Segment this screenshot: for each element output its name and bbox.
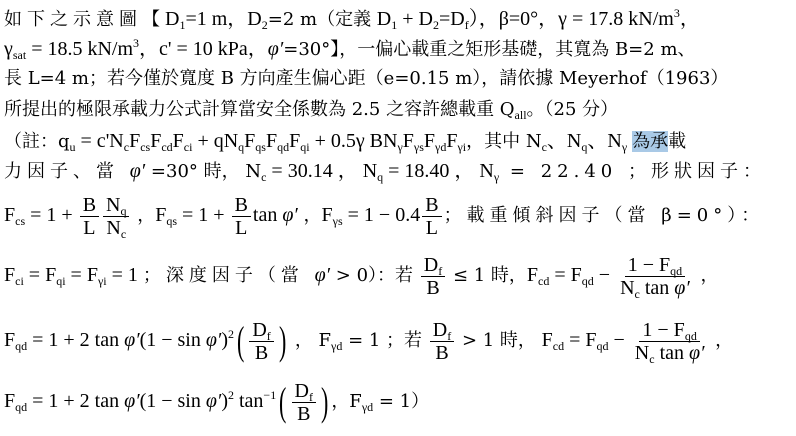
gamma-sat-value: = 18.5 kN/m — [26, 38, 133, 60]
phi-symbol: φ′ — [124, 329, 139, 351]
shape-factors-line: Fcs = 1 + BLNqNc ，Fqs = 1 + BLtan φ′ ，Fγ… — [4, 190, 764, 241]
gamma-sat-symbol: γ — [4, 38, 13, 60]
term: F — [446, 130, 457, 152]
term: = F — [66, 264, 98, 286]
sub: γs — [414, 140, 424, 154]
sub: qs — [166, 214, 177, 228]
term: N — [106, 194, 120, 216]
term: = c'N — [76, 130, 124, 152]
term: 1 − F — [628, 254, 670, 276]
sub: γs — [333, 214, 343, 228]
fraction-fcd: 1 − FqdNc tan φ′ — [632, 319, 708, 364]
sub: γi — [98, 274, 107, 288]
denominator: Nc — [103, 217, 129, 239]
term: = 1 ；若 — [342, 330, 427, 351]
d2-value: =2 m（定義 — [268, 9, 377, 30]
term: = 18.40 ， N — [383, 160, 494, 182]
exponent: 2 — [228, 327, 234, 341]
sub: ci — [15, 274, 24, 288]
sub: c — [121, 227, 126, 241]
numerator: B — [422, 194, 441, 217]
sub: q — [120, 204, 126, 218]
denominator: B — [252, 342, 271, 364]
term: (1 − sin — [140, 329, 206, 351]
sub: cs — [140, 140, 150, 154]
sub: cd — [553, 339, 564, 353]
numerator: Df — [292, 380, 316, 403]
sub: qd — [15, 400, 27, 414]
note-line-5: （註：qu = c'NcFcsFcdFci + qNqFqsFqdFqi + 0… — [4, 128, 686, 155]
right-paren: ) — [279, 321, 286, 361]
text-selection-highlight[interactable]: 為承 — [632, 131, 668, 152]
term: F — [527, 264, 538, 286]
fraction-df-over-b: DfB — [292, 380, 316, 425]
separator: ， — [695, 265, 719, 286]
term: N — [620, 277, 634, 299]
numerator: Nq — [103, 194, 129, 217]
sub: cd — [538, 274, 549, 288]
sub: γd — [435, 140, 446, 154]
inclination-depth-line: Fci = Fqi = Fγi = 1 ；深度因子（當 φ′ > 0）：若 Df… — [4, 250, 718, 301]
sub: γi — [457, 140, 466, 154]
sub: γd — [331, 339, 342, 353]
term: tan — [640, 277, 674, 299]
term: F — [4, 390, 15, 412]
sub: qd — [685, 329, 697, 343]
numerator: Df — [249, 319, 273, 342]
depth-case-2-line: Fqd = 1 + 2 tan φ′(1 − sin φ′)2 tan−1(Df… — [4, 376, 429, 427]
def-d2: D — [419, 8, 433, 30]
term: tan — [253, 204, 282, 226]
term: F — [542, 329, 553, 351]
sub: qd — [277, 140, 289, 154]
bearing-factor-label: 力因子、當 — [4, 161, 130, 182]
fraction-df-over-b: DfB — [249, 319, 273, 364]
note-prefix: （註：q — [4, 131, 70, 152]
numerator: B — [232, 194, 251, 217]
term: F — [322, 204, 333, 226]
problem-line-1: 如下之示意圖【D1=1 m，D2=2 m（定義 D1 + D2=Df），β=0°… — [4, 6, 700, 33]
term: − — [609, 329, 630, 351]
qall-sub: all — [515, 108, 527, 122]
note-line-6: 力因子、當 φ′ =30° 時， Nc = 30.14 ， Nq = 18.40… — [4, 158, 766, 185]
term: F — [4, 329, 15, 351]
def-df: =D — [439, 8, 465, 30]
term: ，F — [331, 391, 362, 412]
shape-factor-label: = 22.40 ；形狀因子： — [499, 161, 766, 182]
phi-and-foundation-text: =30°】，一偏心載重之矩形基礎，其寬為 B=2 m、 — [283, 39, 695, 60]
term: 、N — [587, 130, 621, 152]
term: + qN — [192, 130, 238, 152]
cohesion-value: ，c' = 10 kPa， — [139, 38, 268, 60]
condition: > 1 時， — [456, 330, 541, 351]
separator: ， — [709, 330, 733, 351]
sub: qd — [582, 274, 594, 288]
d2-symbol: D — [247, 8, 261, 30]
term: + 0.5γ BN — [310, 130, 398, 152]
denominator: B — [423, 277, 442, 299]
term: = 1） — [373, 391, 429, 412]
fraction-b-over-l: BL — [422, 194, 441, 239]
points-text: 。（25 分） — [527, 99, 619, 120]
phi-symbol: φ′ — [268, 38, 283, 60]
denominator: L — [423, 217, 441, 239]
term: = 1 + 2 tan — [27, 390, 124, 412]
depth-factor-label: ；深度因子（當 — [143, 265, 315, 286]
term: 、N — [547, 130, 581, 152]
numerator: Df — [421, 254, 445, 277]
term: = 1 + — [25, 204, 78, 226]
term: F — [424, 130, 435, 152]
depth-case-1-line: Fqd = 1 + 2 tan φ′(1 − sin φ′)2(DfB) ， F… — [4, 315, 733, 366]
phi-symbol: φ′ — [130, 160, 145, 182]
beta-gamma-values: ），β=0°，γ = 17.8 kN/m — [469, 8, 674, 30]
term: = 1 — [107, 264, 143, 286]
left-paren: ( — [279, 382, 286, 422]
term: = 30.14 ， N — [266, 160, 377, 182]
right-paren: ) — [321, 382, 328, 422]
phi-symbol: φ′ — [315, 264, 330, 286]
term: = 1 + — [177, 204, 230, 226]
numerator: B — [80, 194, 99, 217]
denominator: B — [294, 403, 313, 425]
fraction-fcd: 1 − FqdNc tan φ′ — [617, 254, 693, 299]
term: = 1 + 2 tan — [27, 329, 124, 351]
sub: f — [438, 264, 442, 278]
term: D — [433, 319, 447, 341]
phi-symbol: φ′ — [206, 329, 221, 351]
denominator: B — [432, 342, 451, 364]
term: ) — [221, 390, 228, 412]
phi-symbol: φ′ — [282, 204, 297, 226]
sub: f — [447, 329, 451, 343]
condition: ≤ 1 時， — [447, 265, 527, 286]
phi-symbol: φ′ — [689, 342, 704, 364]
term: D — [424, 254, 438, 276]
sub: f — [309, 390, 313, 404]
sub: qd — [597, 339, 609, 353]
separator: ， — [298, 205, 322, 226]
term: ) — [221, 329, 228, 351]
d1-symbol: D — [165, 8, 179, 30]
term: 載 — [668, 131, 686, 152]
term: =30° 時， N — [145, 161, 261, 182]
phi-symbol: φ′ — [124, 390, 139, 412]
term: F — [173, 130, 184, 152]
numerator: 1 − Fqd — [639, 319, 699, 342]
term: tan — [655, 342, 689, 364]
term: F — [155, 204, 166, 226]
phi-symbol: φ′ — [674, 277, 689, 299]
term: D — [295, 380, 309, 402]
line1-tail: ， — [680, 8, 700, 30]
sub: qd — [15, 339, 27, 353]
term: F — [129, 130, 140, 152]
fraction-b-over-l: BL — [80, 194, 99, 239]
term: F — [4, 264, 15, 286]
term: (1 − sin — [140, 390, 206, 412]
sub: qi — [56, 274, 65, 288]
sub: cd — [161, 140, 172, 154]
term: F — [403, 130, 414, 152]
left-paren: ( — [237, 321, 244, 361]
phi-symbol: φ′ — [206, 390, 221, 412]
problem-line-4: 所提出的極限承載力公式計算當安全係數為 2.5 之容許總載重 Qall。（25 … — [4, 96, 618, 123]
exponent: −1 — [263, 388, 276, 402]
fraction-nq-over-nc: NqNc — [103, 194, 129, 239]
denominator: L — [80, 217, 98, 239]
term: = F — [24, 264, 56, 286]
sub: qs — [255, 140, 266, 154]
term: N — [635, 342, 649, 364]
term: = 1 − 0.4 — [343, 204, 421, 226]
term: > 0）：若 — [330, 265, 419, 286]
intro-text: 如下之示意圖【 — [4, 9, 165, 30]
inclination-label: ；載重傾斜因子（當 β=0°）： — [444, 205, 765, 226]
denominator: Nc tan φ′ — [617, 277, 693, 299]
def-plus: + — [397, 8, 418, 30]
fraction-df-over-b: DfB — [421, 254, 445, 299]
term: = F — [549, 264, 581, 286]
def-d1: D — [377, 8, 391, 30]
denominator: Nc tan φ′ — [632, 342, 708, 364]
term: = F — [564, 329, 596, 351]
term: F — [244, 130, 255, 152]
fraction-df-over-b: DfB — [430, 319, 454, 364]
denominator: L — [232, 217, 250, 239]
fraction-b-over-l: BL — [232, 194, 251, 239]
numerator: 1 − Fqd — [625, 254, 685, 277]
sub: f — [267, 329, 271, 343]
sub: cs — [15, 214, 25, 228]
sub: qi — [300, 140, 309, 154]
term: 1 − F — [642, 319, 684, 341]
term: ，其中 N — [466, 131, 541, 152]
term: D — [252, 319, 266, 341]
term: ， F — [289, 330, 331, 351]
term: F — [150, 130, 161, 152]
separator: ， — [131, 205, 155, 226]
term: tan — [234, 390, 263, 412]
sub: qd — [670, 264, 682, 278]
d1-value: =1 m， — [185, 8, 247, 30]
sub: γd — [362, 400, 373, 414]
term: N — [106, 217, 120, 239]
term: − — [594, 264, 615, 286]
gamma-sat-sub: sat — [13, 48, 26, 62]
line4-text: 所提出的極限承載力公式計算當安全係數為 2.5 之容許總載重 Q — [4, 99, 515, 120]
term: F — [4, 204, 15, 226]
problem-line-2: γsat = 18.5 kN/m3，c' = 10 kPa，φ′=30°】，一偏… — [4, 36, 696, 63]
term: F — [289, 130, 300, 152]
problem-line-3: 長 L=4 m；若今僅於寬度 B 方向產生偏心距（e=0.15 m），請依據 M… — [4, 66, 728, 92]
term: F — [266, 130, 277, 152]
numerator: Df — [430, 319, 454, 342]
